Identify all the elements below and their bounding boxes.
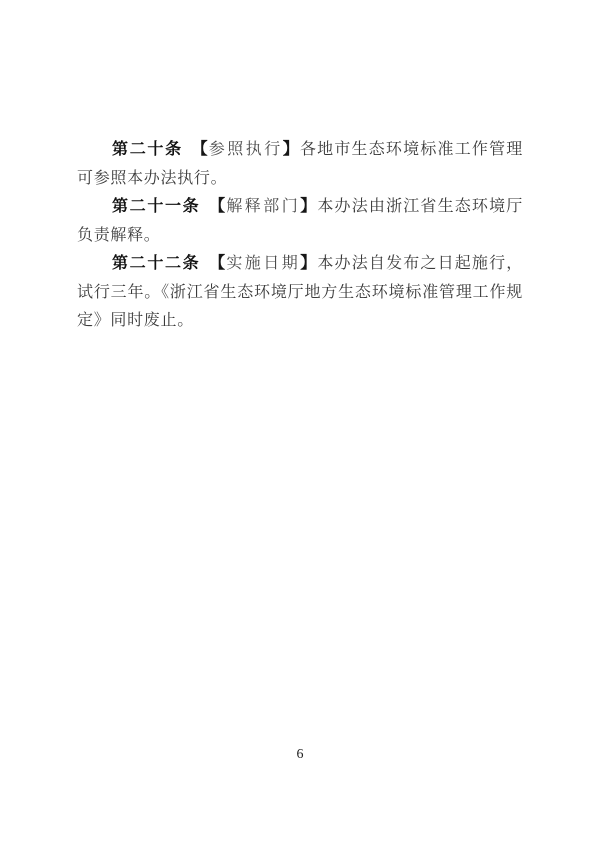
article-title: 解释部门 [226,198,300,215]
page-footer: 6 [0,747,600,763]
article-title: 实施日期 [226,255,300,272]
document-body: 第二十条【参照执行】各地市生态环境标准工作管理可参照本办法执行。 第二十一条【解… [77,136,523,336]
close-bracket: 】 [283,141,300,158]
article-number: 第二十条 [112,141,183,158]
close-bracket: 】 [300,255,317,272]
open-bracket: 【 [209,255,226,272]
article-title: 参照执行 [209,141,283,158]
document-page: 第二十条【参照执行】各地市生态环境标准工作管理可参照本办法执行。 第二十一条【解… [0,0,600,848]
open-bracket: 【 [209,198,226,215]
page-number: 6 [297,747,304,762]
article-number: 第二十二条 [112,255,200,272]
paragraph-article-20: 第二十条【参照执行】各地市生态环境标准工作管理可参照本办法执行。 [77,136,523,193]
open-bracket: 【 [192,141,209,158]
article-number: 第二十一条 [112,198,200,215]
paragraph-article-22: 第二十二条【实施日期】本办法自发布之日起施行，试行三年。《浙江省生态环境厅地方生… [77,250,523,336]
paragraph-article-21: 第二十一条【解释部门】本办法由浙江省生态环境厅负责解释。 [77,193,523,250]
close-bracket: 】 [300,198,317,215]
